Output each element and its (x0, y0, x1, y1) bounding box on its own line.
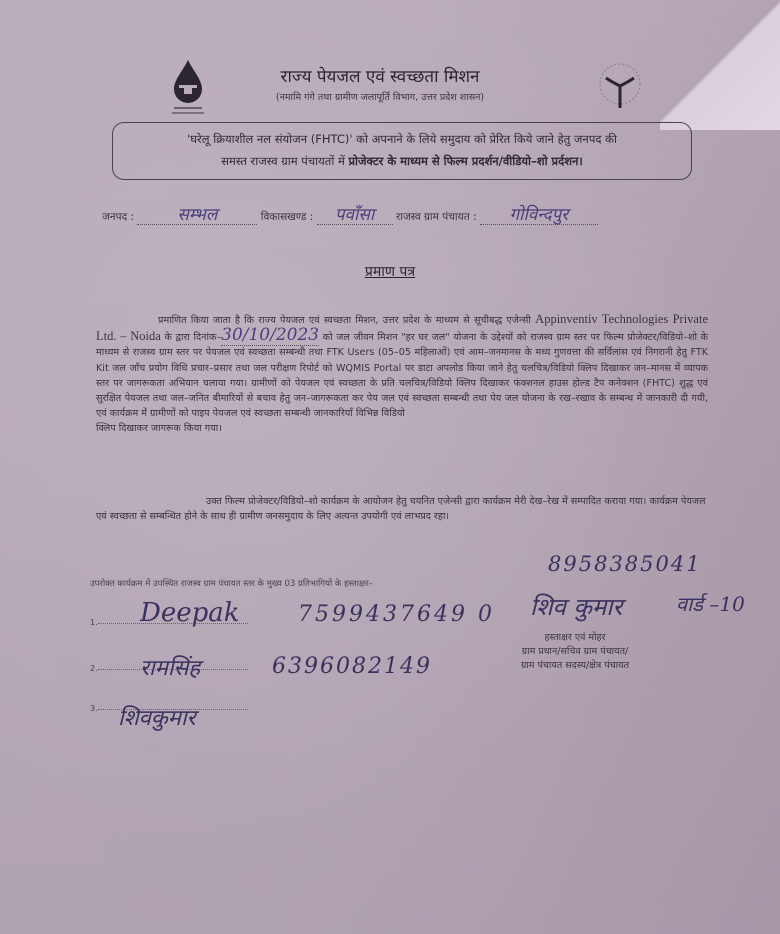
certificate-paragraph-2: उक्त फिल्म प्रोजेक्टर/विडियो–शो कार्यक्र… (96, 494, 708, 524)
participant-2-phone[interactable]: 6396082149 (272, 654, 432, 679)
p1-start: प्रमाणित किया जाता है कि राज्य पेयजल एवं… (158, 315, 535, 326)
district-field[interactable]: सम्भल (137, 206, 257, 225)
gram-panchayat-field[interactable]: गोविन्दपुर (480, 206, 598, 225)
participant-number: 2. (90, 664, 98, 673)
banner-line-2: समस्त राजस्व ग्राम पंचायतों में प्रोजेक्… (113, 150, 691, 172)
participants-note: उपरोक्त कार्यक्रम में उपस्थित राजस्व ग्र… (90, 578, 450, 590)
participant-number: 3. (90, 704, 98, 713)
signatory-caption-line-2: ग्राम प्रधान/सचिव ग्राम पंचायत/ (470, 645, 680, 659)
gram-panchayat-label: राजस्व ग्राम पंचायत : (396, 210, 477, 224)
signatory-ward[interactable]: वार्ड –10 (676, 590, 745, 617)
program-banner: 'घरेलू क्रियाशील नल संयोजन (FHTC)' को अप… (112, 122, 692, 180)
program-date-field[interactable]: 30/10/2023 (221, 325, 319, 346)
block-field[interactable]: पवाँसा (317, 206, 393, 225)
p1-last-line: क्लिप दिखाकर जागरूक किया गया। (96, 421, 708, 436)
signatory-caption-line-3: ग्राम पंचायत सदस्य/क्षेत्र पंचायत (470, 659, 680, 673)
p2-text: उक्त फिल्म प्रोजेक्टर/विडियो–शो कार्यक्र… (96, 496, 706, 522)
scanned-document-page: राज्य पेयजल एवं स्वच्छता मिशन (नमामि गंग… (0, 0, 780, 934)
participant-number: 1. (90, 618, 98, 627)
district-label: जनपद : (102, 210, 134, 224)
p1-date-label: के द्वारा दिनांक– (161, 332, 221, 343)
signatory-caption: हस्ताक्षर एवं मोहर ग्राम प्रधान/सचिव ग्र… (470, 631, 680, 673)
participant-2-name[interactable]: रामसिंह (140, 652, 200, 682)
block-label: विकासखण्ड : (261, 210, 314, 224)
p1-rest: को जल जीवन मिशन "हर घर जल" योजना के उद्द… (96, 332, 708, 419)
page-title: राज्य पेयजल एवं स्वच्छता मिशन (180, 64, 580, 87)
banner-line-1: 'घरेलू क्रियाशील नल संयोजन (FHTC)' को अप… (113, 128, 691, 150)
page-subtitle: (नमामि गंगे तथा ग्रामीण जलापूर्ति विभाग,… (180, 90, 580, 103)
participant-1-name[interactable]: Deepak (140, 598, 240, 628)
uttar-pradesh-emblem-icon (598, 62, 642, 110)
location-line: जनपद : सम्भल विकासखण्ड : पवाँसा राजस्व ग… (102, 206, 598, 225)
certificate-heading: प्रमाण पत्र (300, 262, 480, 281)
signatory-caption-line-1: हस्ताक्षर एवं मोहर (470, 631, 680, 645)
signatory-name[interactable]: शिव कुमार (530, 590, 622, 623)
folded-page-corner (660, 0, 780, 130)
banner-line-2-bold: प्रोजेक्टर के माध्यम से फिल्म प्रदर्शन/व… (349, 154, 583, 168)
banner-line-2-plain: समस्त राजस्व ग्राम पंचायतों में (221, 154, 348, 168)
participant-1-phone[interactable]: 7599437649 0 (298, 602, 495, 627)
signatory-phone[interactable]: 8958385041 (548, 552, 702, 576)
participant-3-name[interactable]: शिवकुमार (118, 702, 196, 732)
certificate-paragraph-1: प्रमाणित किया जाता है कि राज्य पेयजल एवं… (96, 312, 708, 437)
